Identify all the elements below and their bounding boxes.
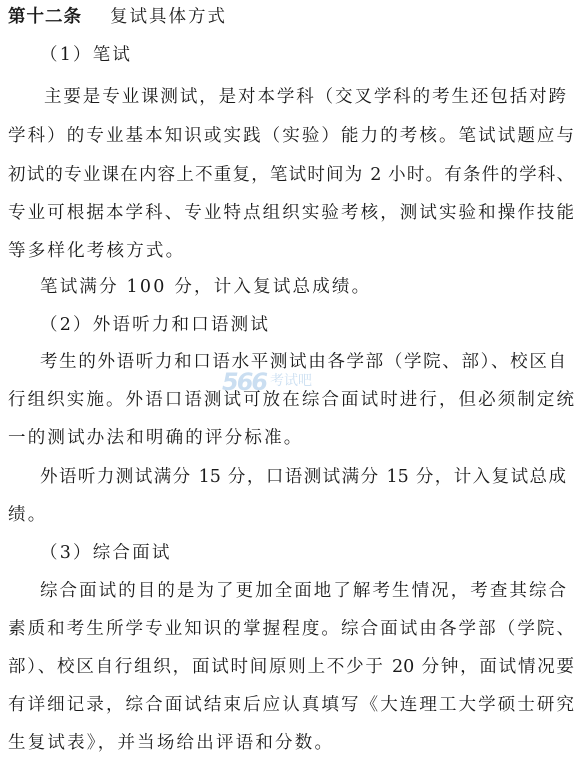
- paragraph-line: 专业可根据本学科、专业特点组织实验考核，测试实验和操作技能: [8, 202, 574, 224]
- paragraph-line: 初试的专业课在内容上不重复，笔试时间为 2 小时。有条件的学科、: [8, 164, 574, 186]
- watermark-text: 考试吧: [270, 370, 312, 390]
- paragraph-line: 绩。: [8, 504, 580, 526]
- paragraph-line: 一的测试办法和明确的评分标准。: [8, 427, 580, 449]
- section-heading-language-test: （2）外语听力和口语测试: [40, 314, 580, 336]
- paragraph-line: 考生的外语听力和口语水平测试由各学部（学院、部）、校区自: [40, 351, 566, 373]
- paragraph-line: 部）、校区自行组织，面试时间原则上不少于 20 分钟，面试情况要: [8, 656, 574, 678]
- section-heading-written-test: （1）笔试: [40, 44, 580, 66]
- paragraph-line: 素质和考生所学专业知识的掌握程度。综合面试由各学部（学院、: [8, 618, 574, 640]
- paragraph-line: 主要是专业课测试，是对本学科（交叉学科的考生还包括对跨: [44, 86, 566, 108]
- paragraph-line: 外语听力测试满分 15 分，口语测试满分 15 分，计入复试总成: [40, 466, 566, 488]
- paragraph-line: 笔试满分 100 分，计入复试总成绩。: [40, 276, 580, 298]
- paragraph-line: 行组织实施。外语口语测试可放在综合面试时进行，但必须制定统: [8, 389, 574, 411]
- paragraph-line: 等多样化考核方式。: [8, 240, 580, 262]
- paragraph-line: 学科）的专业基本知识或实践（实验）能力的考核。笔试试题应与: [8, 125, 574, 147]
- paragraph-line: 有详细记录，综合面试结束后应认真填写《大连理工大学硕士研究: [8, 694, 574, 716]
- section-heading-interview: （3）综合面试: [40, 542, 580, 564]
- article-number: 第十二条: [8, 7, 82, 27]
- article-header: 第十二条复试具体方式: [8, 6, 580, 28]
- paragraph-line: 综合面试的目的是为了更加全面地了解考生情况，考查其综合: [40, 580, 566, 602]
- paragraph-line: 生复试表》，并当场给出评语和分数。: [8, 732, 580, 754]
- article-title: 复试具体方式: [110, 7, 227, 27]
